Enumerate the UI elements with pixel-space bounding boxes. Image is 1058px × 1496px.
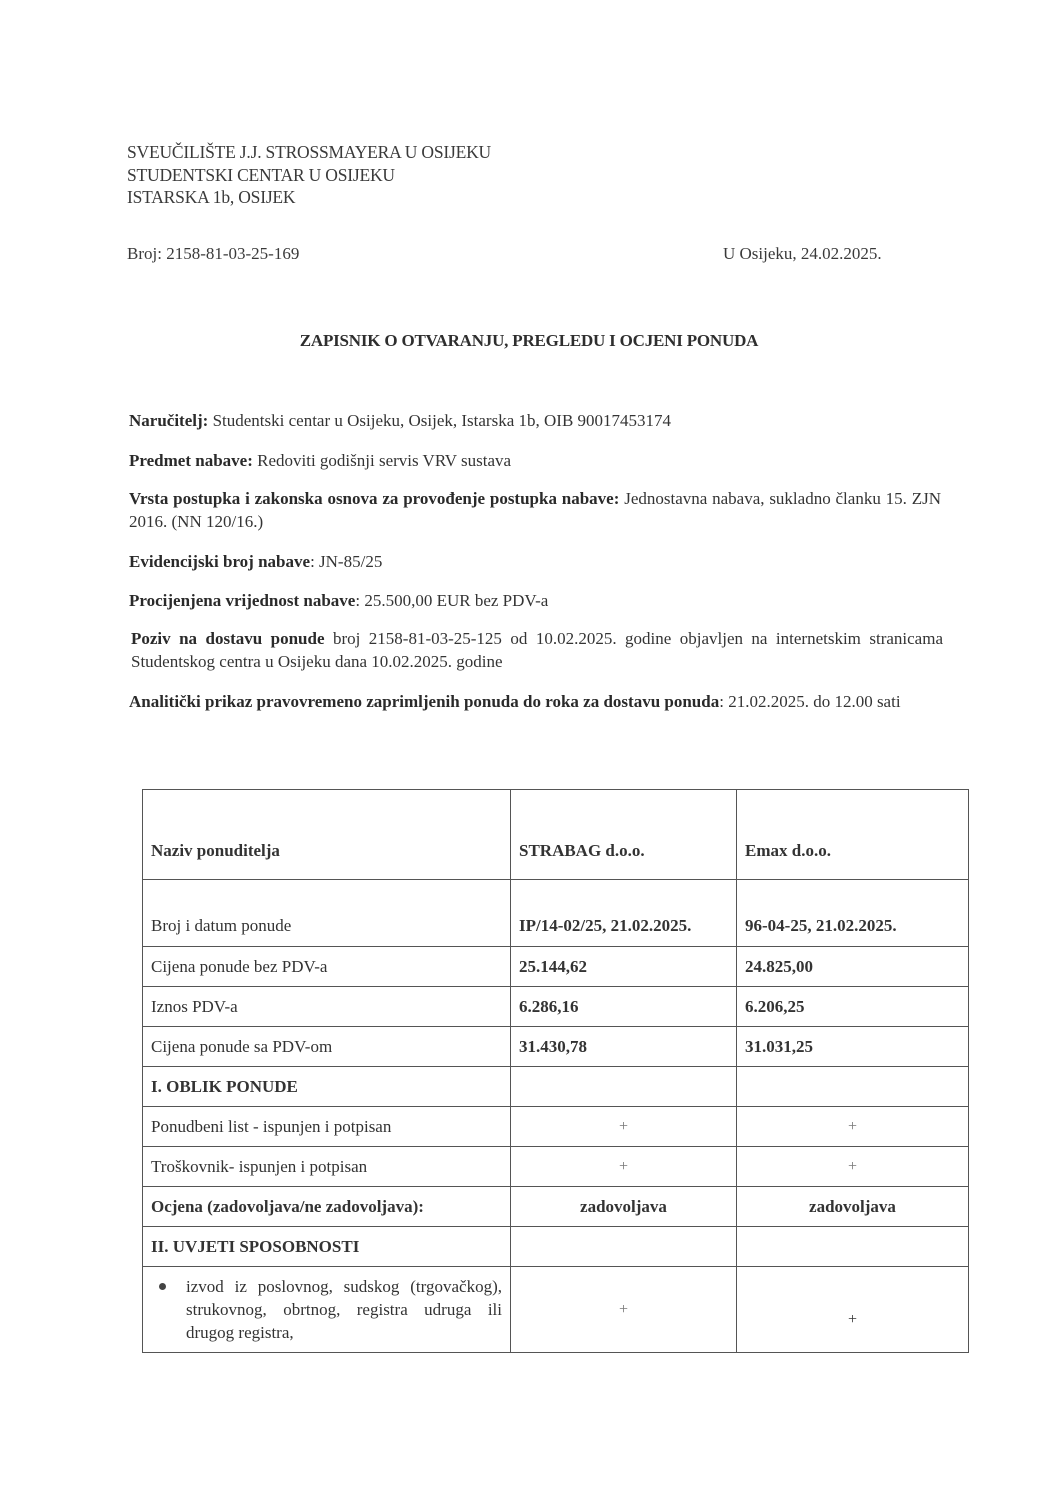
section-title: I. OBLIK PONUDE <box>143 1067 511 1107</box>
check-mark: + <box>511 1267 737 1353</box>
bidder-strabag: STRABAG d.o.o. <box>511 790 737 880</box>
row-value: 25.144,62 <box>511 947 737 987</box>
table-row: Iznos PDV-a 6.286,16 6.206,25 <box>143 987 969 1027</box>
field-label: Predmet nabave: <box>129 451 253 470</box>
document-title: ZAPISNIK O OTVARANJU, PREGLEDU I OCJENI … <box>0 331 1058 351</box>
assessment-label: Ocjena (zadovoljava/ne zadovoljava): <box>143 1187 511 1227</box>
header-label: Naziv ponuditelja <box>143 790 511 880</box>
table-row: Ponudbeni list - ispunjen i potpisan + + <box>143 1107 969 1147</box>
bullet-icon <box>159 1283 166 1290</box>
field-evidencijski-broj: Evidencijski broj nabave: JN-85/25 <box>129 550 941 573</box>
row-label: Broj i datum ponude <box>143 880 511 947</box>
row-label: Cijena ponude sa PDV-om <box>143 1027 511 1067</box>
row-label-cell: izvod iz poslovnog, sudskog (trgovačkog)… <box>143 1267 511 1353</box>
empty-cell <box>737 1227 969 1267</box>
field-analiticki-prikaz: Analitički prikaz pravovremeno zaprimlje… <box>129 690 941 713</box>
row-label: Troškovnik- ispunjen i potpisan <box>143 1147 511 1187</box>
address: ISTARSKA 1b, OSIJEK <box>127 186 295 209</box>
place-date: U Osijeku, 24.02.2025. <box>723 244 882 264</box>
reference-number: Broj: 2158-81-03-25-169 <box>127 244 299 264</box>
assessment-row: Ocjena (zadovoljava/ne zadovoljava): zad… <box>143 1187 969 1227</box>
bidder-emax: Emax d.o.o. <box>737 790 969 880</box>
row-label: izvod iz poslovnog, sudskog (trgovačkog)… <box>186 1275 502 1344</box>
offers-table: Naziv ponuditelja STRABAG d.o.o. Emax d.… <box>142 789 969 1353</box>
row-value: 24.825,00 <box>737 947 969 987</box>
field-value: : JN-85/25 <box>310 552 382 571</box>
field-predmet: Predmet nabave: Redoviti godišnji servis… <box>129 449 941 472</box>
field-narucitelj: Naručitelj: Studentski centar u Osijeku,… <box>129 409 941 432</box>
table-row: izvod iz poslovnog, sudskog (trgovačkog)… <box>143 1267 969 1353</box>
empty-cell <box>511 1227 737 1267</box>
table-row: Broj i datum ponude IP/14-02/25, 21.02.2… <box>143 880 969 947</box>
section-row-oblik-ponude: I. OBLIK PONUDE <box>143 1067 969 1107</box>
table-row: Cijena ponude bez PDV-a 25.144,62 24.825… <box>143 947 969 987</box>
field-label: Naručitelj: <box>129 411 208 430</box>
field-value: Studentski centar u Osijeku, Osijek, Ist… <box>208 411 671 430</box>
assessment-value: zadovoljava <box>737 1187 969 1227</box>
field-vrsta-postupka: Vrsta postupka i zakonska osnova za prov… <box>129 487 941 533</box>
check-mark: + <box>737 1267 969 1353</box>
field-procijenjena-vrijednost: Procijenjena vrijednost nabave: 25.500,0… <box>129 589 941 612</box>
check-mark: + <box>737 1147 969 1187</box>
empty-cell <box>511 1067 737 1107</box>
assessment-value: zadovoljava <box>511 1187 737 1227</box>
table-row: Troškovnik- ispunjen i potpisan + + <box>143 1147 969 1187</box>
row-label: Ponudbeni list - ispunjen i potpisan <box>143 1107 511 1147</box>
table-header-row: Naziv ponuditelja STRABAG d.o.o. Emax d.… <box>143 790 969 880</box>
row-label: Iznos PDV-a <box>143 987 511 1027</box>
row-value: 31.031,25 <box>737 1027 969 1067</box>
field-label: Evidencijski broj nabave <box>129 552 310 571</box>
section-title: II. UVJETI SPOSOBNOSTI <box>143 1227 511 1267</box>
table-row: Cijena ponude sa PDV-om 31.430,78 31.031… <box>143 1027 969 1067</box>
row-value: 96-04-25, 21.02.2025. <box>737 880 969 947</box>
row-value: IP/14-02/25, 21.02.2025. <box>511 880 737 947</box>
field-label: Analitički prikaz pravovremeno zaprimlje… <box>129 692 719 711</box>
row-label: Cijena ponude bez PDV-a <box>143 947 511 987</box>
field-poziv: Poziv na dostavu ponude broj 2158-81-03-… <box>131 627 943 673</box>
check-mark: + <box>737 1107 969 1147</box>
check-mark: + <box>511 1147 737 1187</box>
section-row-uvjeti-sposobnosti: II. UVJETI SPOSOBNOSTI <box>143 1227 969 1267</box>
empty-cell <box>737 1067 969 1107</box>
row-value: 31.430,78 <box>511 1027 737 1067</box>
row-value: 6.206,25 <box>737 987 969 1027</box>
field-label: Poziv na dostavu ponude <box>131 629 325 648</box>
institution-name: SVEUČILIŠTE J.J. STROSSMAYERA U OSIJEKU <box>127 141 491 164</box>
center-name: STUDENTSKI CENTAR U OSIJEKU <box>127 164 395 187</box>
field-value: : 21.02.2025. do 12.00 sati <box>719 692 900 711</box>
field-value: Redoviti godišnji servis VRV sustava <box>253 451 511 470</box>
field-value: : 25.500,00 EUR bez PDV-a <box>355 591 548 610</box>
field-label: Vrsta postupka i zakonska osnova za prov… <box>129 489 619 508</box>
check-mark: + <box>511 1107 737 1147</box>
field-label: Procijenjena vrijednost nabave <box>129 591 355 610</box>
row-value: 6.286,16 <box>511 987 737 1027</box>
